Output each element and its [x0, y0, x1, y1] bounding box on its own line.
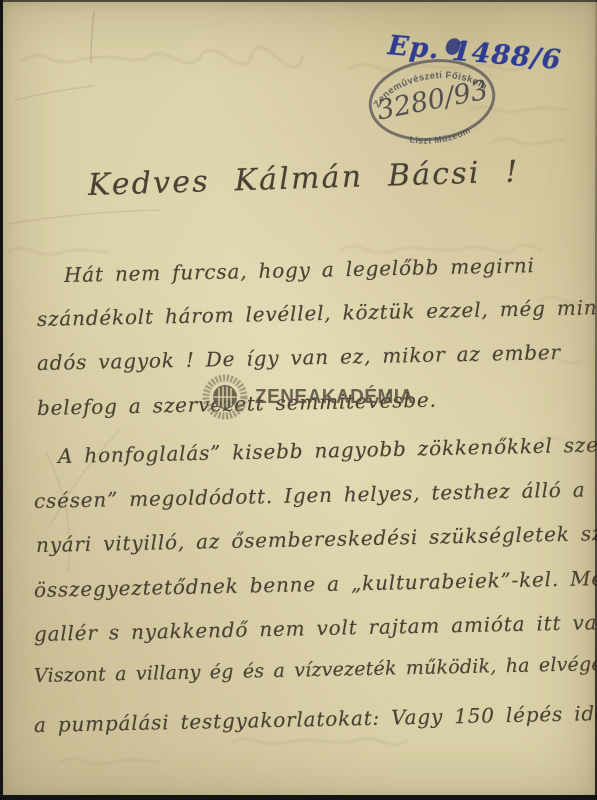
- scan-edge-top: [0, 0, 597, 2]
- letter-line: adós vagyok ! De így van ez, mikor az em…: [37, 340, 561, 375]
- svg-text:Liszt Múzeum: Liszt Múzeum: [407, 124, 473, 148]
- letter-line: a pumpálási testgyakorlatokat: Vagy 150 …: [34, 700, 597, 737]
- letter-line: belefog a szervezett semmitevésbe.: [37, 388, 437, 420]
- letter-line: Hát nem furcsa, hogy a legelőbb megirni: [64, 253, 535, 287]
- letter-line: gallér s nyakkendő nem volt rajtam amiót…: [34, 609, 597, 646]
- letter-line: csésen” megoldódott. Igen helyes, testhe…: [34, 477, 597, 513]
- stamp-bottom-text: Liszt Múzeum: [407, 124, 473, 148]
- scan-edge-left: [0, 0, 3, 800]
- scan-edge-bottom: [0, 795, 597, 800]
- archive-stamp: Zeneművészeti Főiskola Liszt Múzeum 3280…: [355, 44, 511, 157]
- letter-line: Viszont a villany ég és a vízvezeték műk…: [34, 652, 597, 687]
- stamp-number: 3280/93: [374, 75, 490, 127]
- letter-line: szándékolt három levéllel, köztük ezzel,…: [37, 295, 597, 331]
- letter-line: nyári vityilló, az ősembereskedési szüks…: [36, 520, 597, 557]
- letter-salutation: Kedves Kálmán Bácsi !: [87, 154, 520, 203]
- letter-line: A honfoglalás” kisebb nagyobb zökkenőkke…: [58, 432, 597, 468]
- letter-line: összegyeztetődnek benne a „kulturabeiek”…: [34, 566, 597, 602]
- scanned-letter-page: Ep. 1488/6 Zeneművészeti Főiskola Liszt …: [0, 0, 597, 800]
